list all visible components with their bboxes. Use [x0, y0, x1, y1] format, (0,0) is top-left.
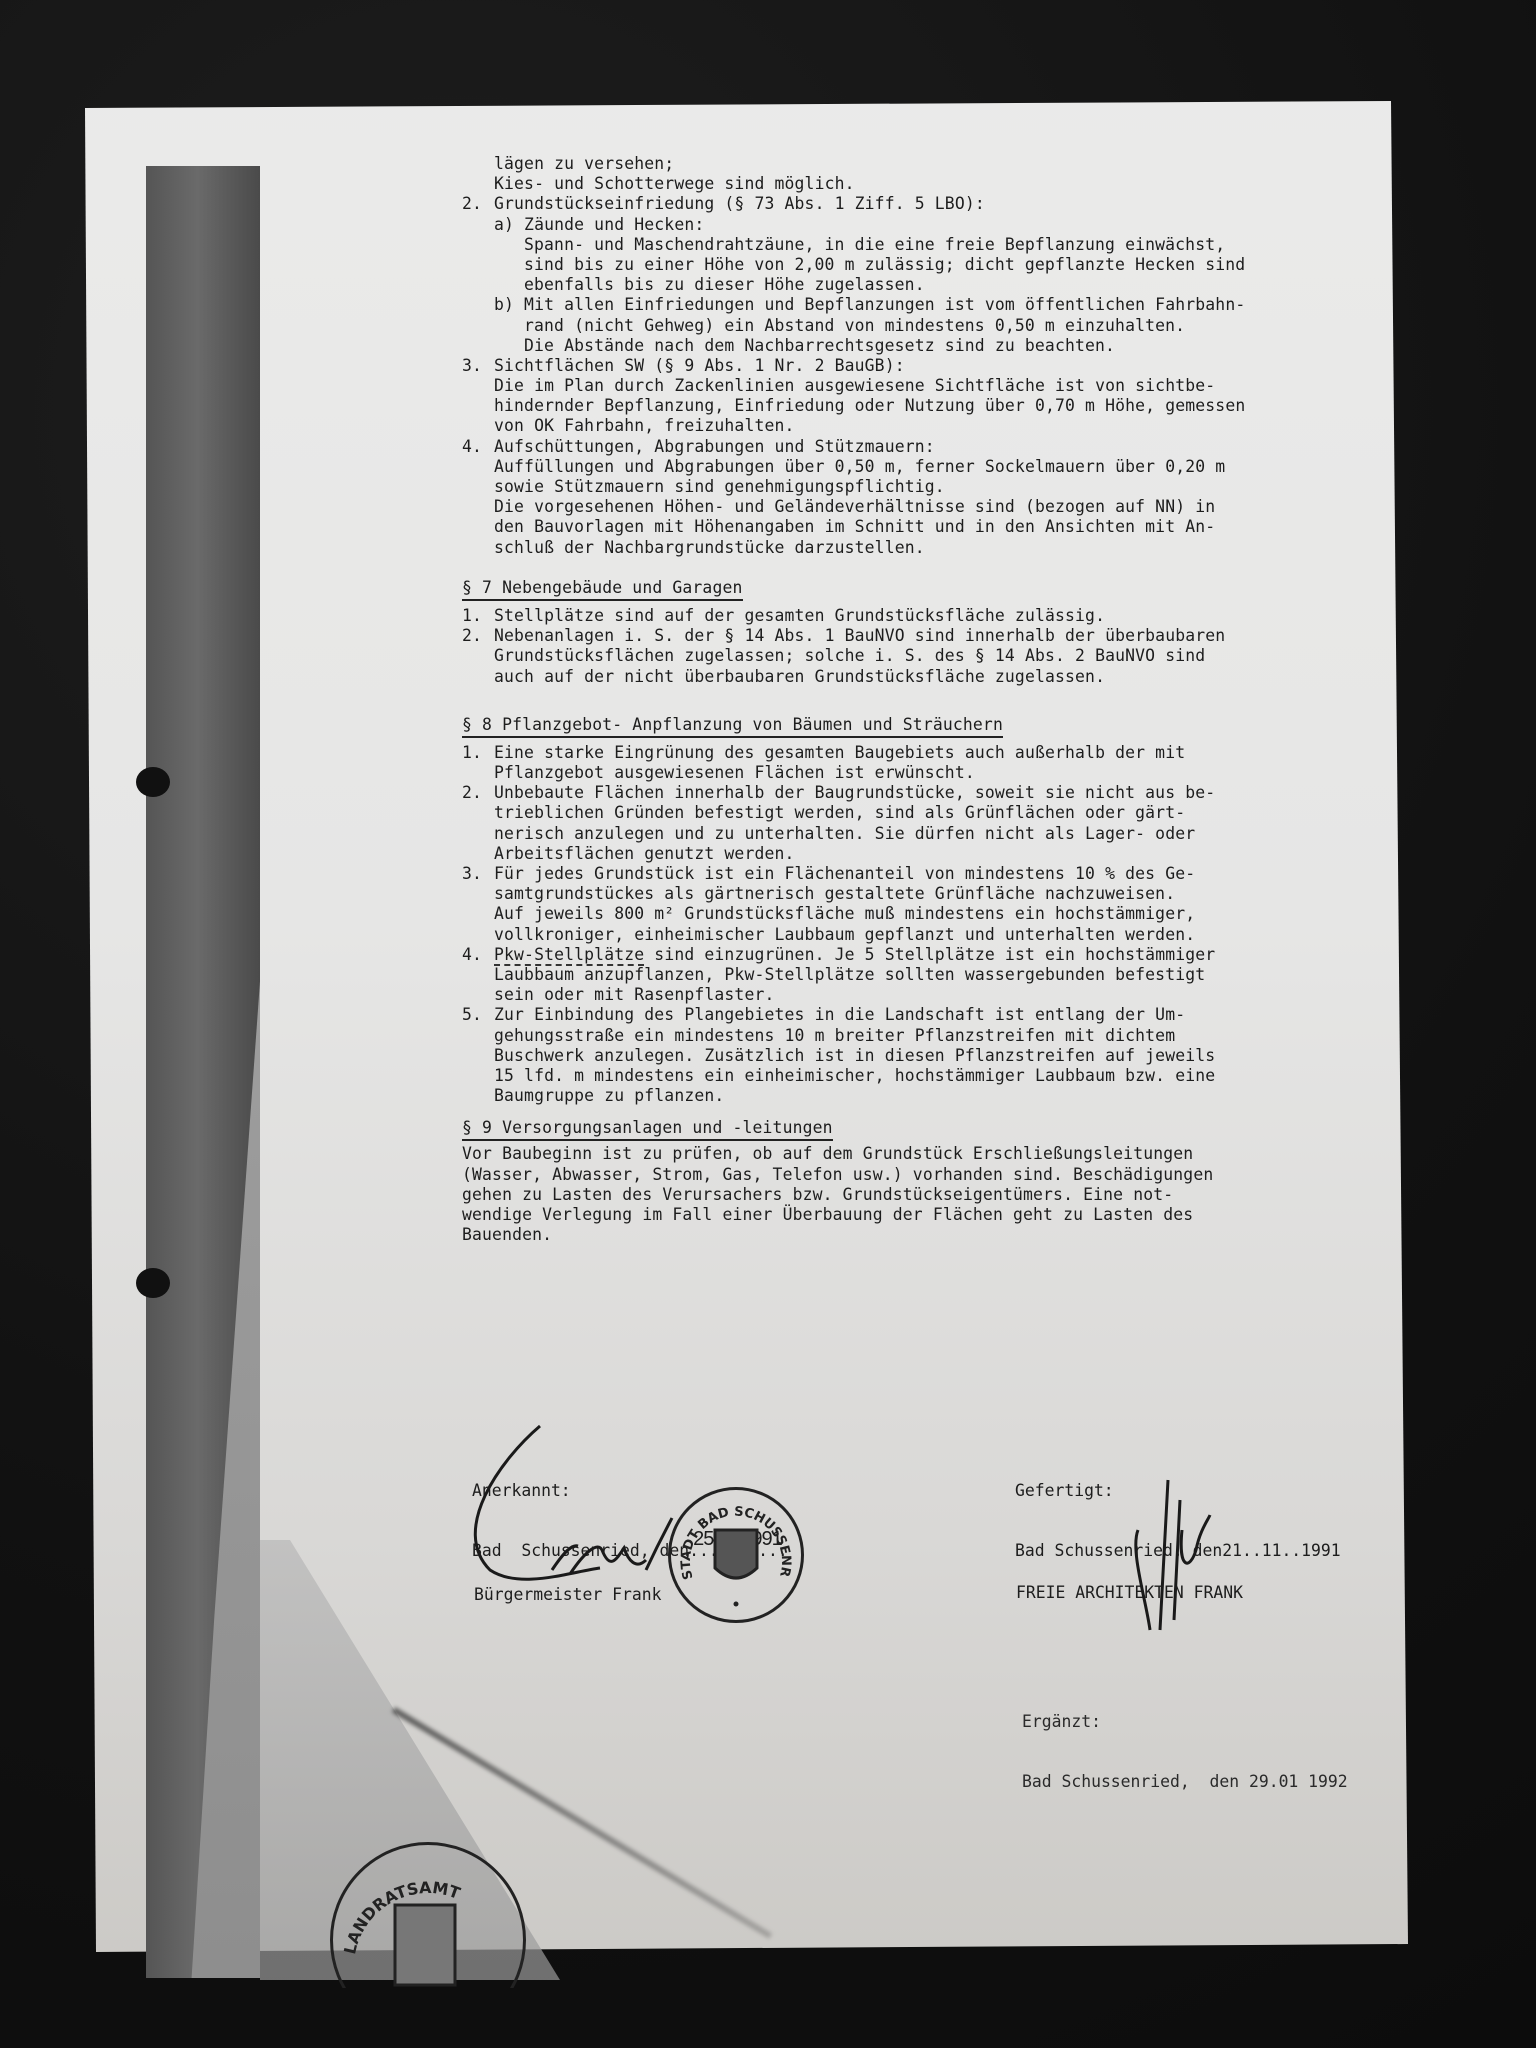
- punch-hole-bottom: [136, 1268, 170, 1298]
- item-line: Laubbaum anzupflanzen, Pkw-Stellplätze s…: [462, 965, 1362, 985]
- item-line: nerisch anzulegen und zu unterhalten. Si…: [462, 824, 1362, 844]
- section-heading: § 8 Pflanzgebot- Anpflanzung von Bäumen …: [462, 715, 1003, 738]
- item-line: hindernder Bepflanzung, Einfriedung oder…: [462, 396, 1362, 416]
- section6-item: 2.Grundstückseinfriedung (§ 73 Abs. 1 Zi…: [462, 194, 1362, 214]
- section7-item: 1.Stellplätze sind auf der gesamten Grun…: [462, 606, 1362, 626]
- subitem-line: sind bis zu einer Höhe von 2,00 m zuläss…: [462, 255, 1362, 275]
- subitem-line: ebenfalls bis zu dieser Höhe zugelassen.: [462, 275, 1362, 295]
- item-line: Die im Plan durch Zackenlinien ausgewies…: [462, 376, 1362, 396]
- item-line: Auffüllungen und Abgrabungen über 0,50 m…: [462, 457, 1362, 477]
- item-number: 3.: [462, 356, 494, 376]
- punch-hole-top: [136, 767, 170, 797]
- spacer: [462, 687, 1362, 715]
- item-line: gehungsstraße ein mindestens 10 m breite…: [462, 1026, 1362, 1046]
- mayor-name: Bürgermeister Frank: [474, 1585, 662, 1605]
- section-heading: § 9 Versorgungsanlagen und -leitungen: [462, 1118, 833, 1141]
- item-line: Pflanzgebot ausgewiesenen Flächen ist er…: [462, 763, 1362, 783]
- supplement-place-date: Bad Schussenried, den 29.01 1992: [1022, 1772, 1348, 1792]
- item-line: 15 lfd. m mindestens ein einheimischer, …: [462, 1066, 1362, 1086]
- continuation-line: Kies- und Schotterwege sind möglich.: [462, 174, 1362, 194]
- section9-heading: § 9 Versorgungsanlagen und -leitungen: [462, 1118, 1362, 1138]
- section8-item: 4.Pkw-Stellplätze sind einzugrünen. Je 5…: [462, 945, 1362, 965]
- supplement-block: Ergänzt: Bad Schussenried, den 29.01 199…: [1022, 1672, 1348, 1812]
- landratsamt-seal: LANDRATSAMT: [330, 1842, 526, 2038]
- continuation-line: lägen zu versehen;: [462, 154, 1362, 174]
- city-seal: STADT BAD SCHUSSENRIED: [668, 1487, 804, 1623]
- section9-line: wendige Verlegung im Fall einer Überbauu…: [462, 1205, 1362, 1225]
- item-line: sowie Stützmauern sind genehmigungspflic…: [462, 477, 1362, 497]
- item-line: Die vorgesehenen Höhen- und Geländeverhä…: [462, 497, 1362, 517]
- section7-heading: § 7 Nebengebäude und Garagen: [462, 578, 1362, 598]
- item-number: 4.: [462, 945, 494, 965]
- item-line: vollkroniger, einheimischer Laubbaum gep…: [462, 925, 1362, 945]
- subitem-line: Die Abstände nach dem Nachbarrechtsgeset…: [462, 336, 1362, 356]
- item-number: 1.: [462, 743, 494, 763]
- item-number: 3.: [462, 864, 494, 884]
- architect-name: FREIE ARCHITEKTEN FRANK: [1016, 1583, 1243, 1603]
- city-seal-text: STADT BAD SCHUSSENRIED: [671, 1490, 801, 1620]
- section8-item: 5.Zur Einbindung des Plangebietes in die…: [462, 1005, 1362, 1025]
- item-line: sein oder mit Rasenpflaster.: [462, 985, 1362, 1005]
- section7-item: 2.Nebenanlagen i. S. der § 14 Abs. 1 Bau…: [462, 626, 1362, 646]
- item-line: Baumgruppe zu pflanzen.: [462, 1086, 1362, 1106]
- item-number: 5.: [462, 1005, 494, 1025]
- item-line: Arbeitsflächen genutzt werden.: [462, 844, 1362, 864]
- section9-line: Bauenden.: [462, 1225, 1362, 1245]
- item-number: 2.: [462, 194, 494, 214]
- item-number: 4.: [462, 437, 494, 457]
- section9-line: Vor Baubeginn ist zu prüfen, ob auf dem …: [462, 1144, 1362, 1164]
- section8-item: 3.Für jedes Grundstück ist ein Flächenan…: [462, 864, 1362, 884]
- section6-item: 3.Sichtflächen SW (§ 9 Abs. 1 Nr. 2 BauG…: [462, 356, 1362, 376]
- section6-item: 4.Aufschüttungen, Abgrabungen und Stützm…: [462, 437, 1362, 457]
- spacer: [462, 558, 1362, 578]
- item-line: den Bauvorlagen mit Höhenangaben im Schn…: [462, 517, 1362, 537]
- item-line: schluß der Nachbargrundstücke darzustell…: [462, 538, 1362, 558]
- highlighted-term: Pkw-Stellplätze: [494, 945, 644, 966]
- architect-signature: [1120, 1470, 1240, 1640]
- subitem: a) Zäunde und Hecken:: [462, 215, 1362, 235]
- item-number: 1.: [462, 606, 494, 626]
- item-line: auch auf der nicht überbaubaren Grundstü…: [462, 667, 1362, 687]
- section8-item: 1.Eine starke Eingrünung des gesamten Ba…: [462, 743, 1362, 763]
- item-number: 2.: [462, 783, 494, 803]
- spacer: [462, 1106, 1362, 1118]
- subitem-line: rand (nicht Gehweg) ein Abstand von mind…: [462, 316, 1362, 336]
- supplement-label: Ergänzt:: [1022, 1712, 1348, 1732]
- section9-line: gehen zu Lasten des Verursachers bzw. Gr…: [462, 1185, 1362, 1205]
- section8-heading: § 8 Pflanzgebot- Anpflanzung von Bäumen …: [462, 715, 1362, 735]
- section9-line: (Wasser, Abwasser, Strom, Gas, Telefon u…: [462, 1165, 1362, 1185]
- item-line: samtgrundstückes als gärtnerisch gestalt…: [462, 884, 1362, 904]
- document-body: lägen zu versehen;Kies- und Schotterwege…: [462, 154, 1362, 1245]
- item-line: Buschwerk anzulegen. Zusätzlich ist in d…: [462, 1046, 1362, 1066]
- section8-item: 2.Unbebaute Flächen innerhalb der Baugru…: [462, 783, 1362, 803]
- landratsamt-seal-text: LANDRATSAMT: [333, 1845, 523, 2035]
- item-line: von OK Fahrbahn, freizuhalten.: [462, 416, 1362, 436]
- item-line: trieblichen Gründen befestigt werden, si…: [462, 803, 1362, 823]
- item-number: 2.: [462, 626, 494, 646]
- item-line: Grundstücksflächen zugelassen; solche i.…: [462, 646, 1362, 666]
- subitem: b) Mit allen Einfriedungen und Bepflanzu…: [462, 295, 1362, 315]
- item-line: Auf jeweils 800 m² Grundstücksfläche muß…: [462, 904, 1362, 924]
- section-heading: § 7 Nebengebäude und Garagen: [462, 578, 743, 601]
- subitem-line: Spann- und Maschendrahtzäune, in die ein…: [462, 235, 1362, 255]
